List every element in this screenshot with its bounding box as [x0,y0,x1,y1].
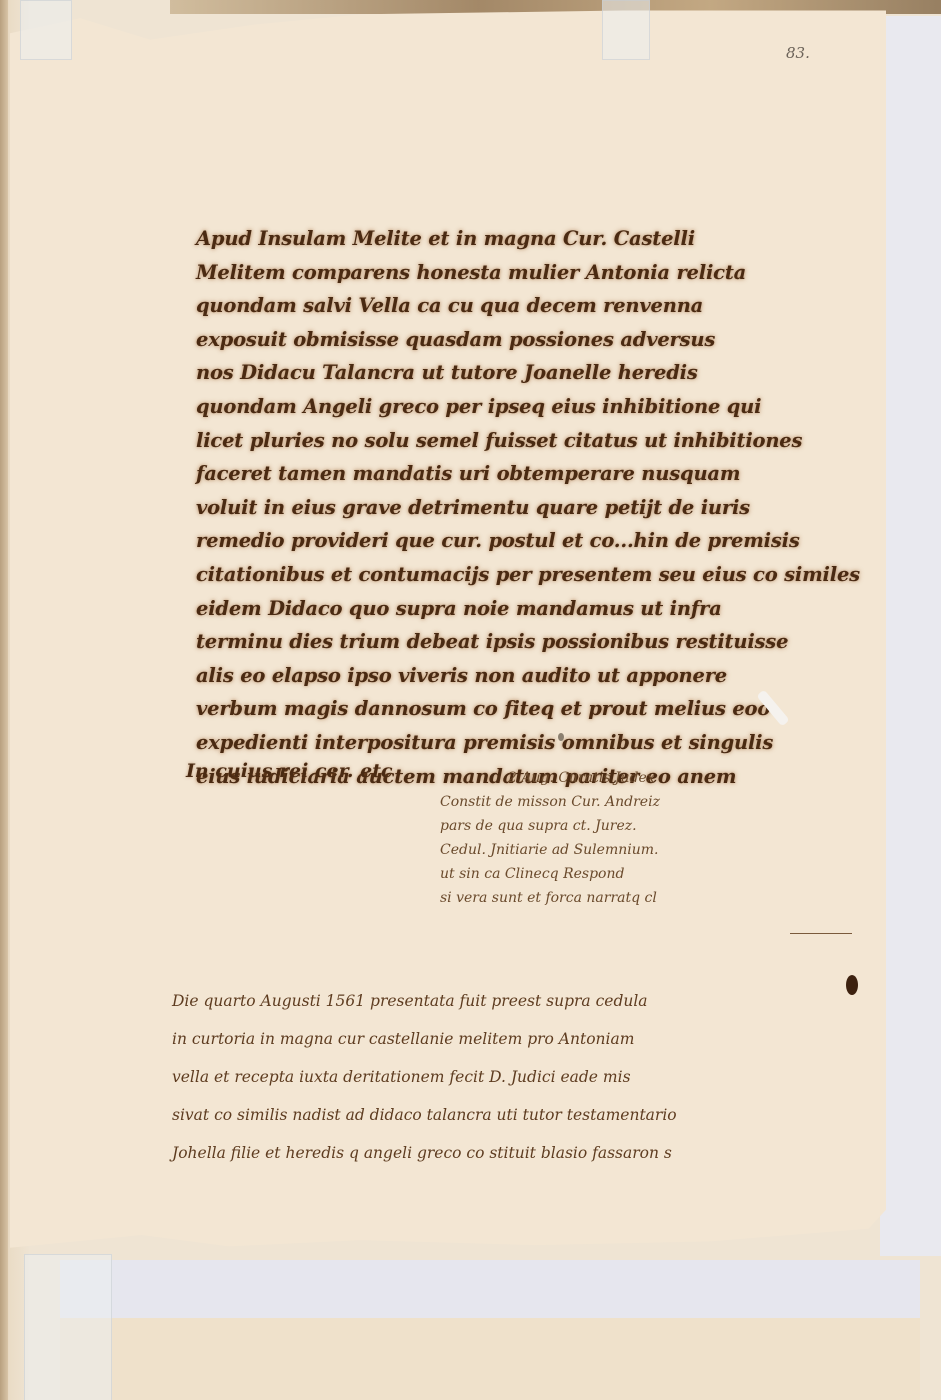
backing-board-right [880,16,941,1256]
text-line: Apud Insulam Melite et in magna Cur. Cas… [196,222,866,256]
minute-line: vella et recepta iuxta deritationem feci… [172,1058,872,1096]
backing-board-bottom [60,1260,920,1320]
text-line: citationibus et contumacijs per presente… [196,558,866,592]
closing-formula: In cuius rei cer. etc [186,760,393,782]
minute-line: sivat co similis nadist ad didaco talanc… [172,1096,872,1134]
text-line: remedio provideri que cur. postul et co.… [196,524,866,558]
ink-spot [558,733,564,741]
text-line: quondam Angeli greco per ipseq eius inhi… [196,390,866,424]
annotation-line: pars de qua supra ct. Jurez. [440,814,820,838]
annotation-line: Constit de misson Cur. Andreiz [440,790,820,814]
minute-line: in curtoria in magna cur castellanie mel… [172,1020,872,1058]
minute-line: Die quarto Augusti 1561 presentata fuit … [172,982,872,1020]
annotation-line: Cedul. Jnitiarie ad Sulemnium. [440,838,820,862]
text-line: exposuit obmisisse quasdam possiones adv… [196,323,866,357]
text-line: alis eo elapso ipso viveris non audito u… [196,659,866,693]
text-line: Melitem comparens honesta mulier Antonia… [196,256,866,290]
text-line: terminu dies trium debeat ipsis possioni… [196,625,866,659]
text-line: faceret tamen mandatis uri obtemperare n… [196,457,866,491]
mounting-tape-top-right [602,0,650,60]
mounting-tape-bottom-left [24,1254,112,1400]
signature-flourish [790,933,852,934]
text-line: eidem Didaco quo supra noie mandamus ut … [196,592,866,626]
text-line: nos Didacu Talancra ut tutore Joanelle h… [196,356,866,390]
annotation-line: si vera sunt et forca narratq cl [440,886,820,910]
text-line: voluit in eius grave detrimentu quare pe… [196,491,866,525]
text-line: expedienti interpositura premisis omnibu… [196,726,866,760]
annotation-line: ut sin ca Clinecq Respond [440,862,820,886]
minute-line: Johella filie et heredis q angeli greco … [172,1134,872,1172]
annotation-line: 2 Aug. Curatis Judex [440,766,820,790]
text-line: licet pluries no solu semel fuisset cita… [196,424,866,458]
mounting-tape-top-left [20,0,72,60]
binding-edge [0,0,8,1400]
folio-number: 83. [786,44,810,62]
underlying-folio [60,1318,920,1400]
court-minute: Die quarto Augusti 1561 presentata fuit … [172,982,872,1172]
text-line: quondam salvi Vella ca cu qua decem renv… [196,289,866,323]
marginal-annotation: 2 Aug. Curatis Judex Constit de misson C… [440,766,820,910]
